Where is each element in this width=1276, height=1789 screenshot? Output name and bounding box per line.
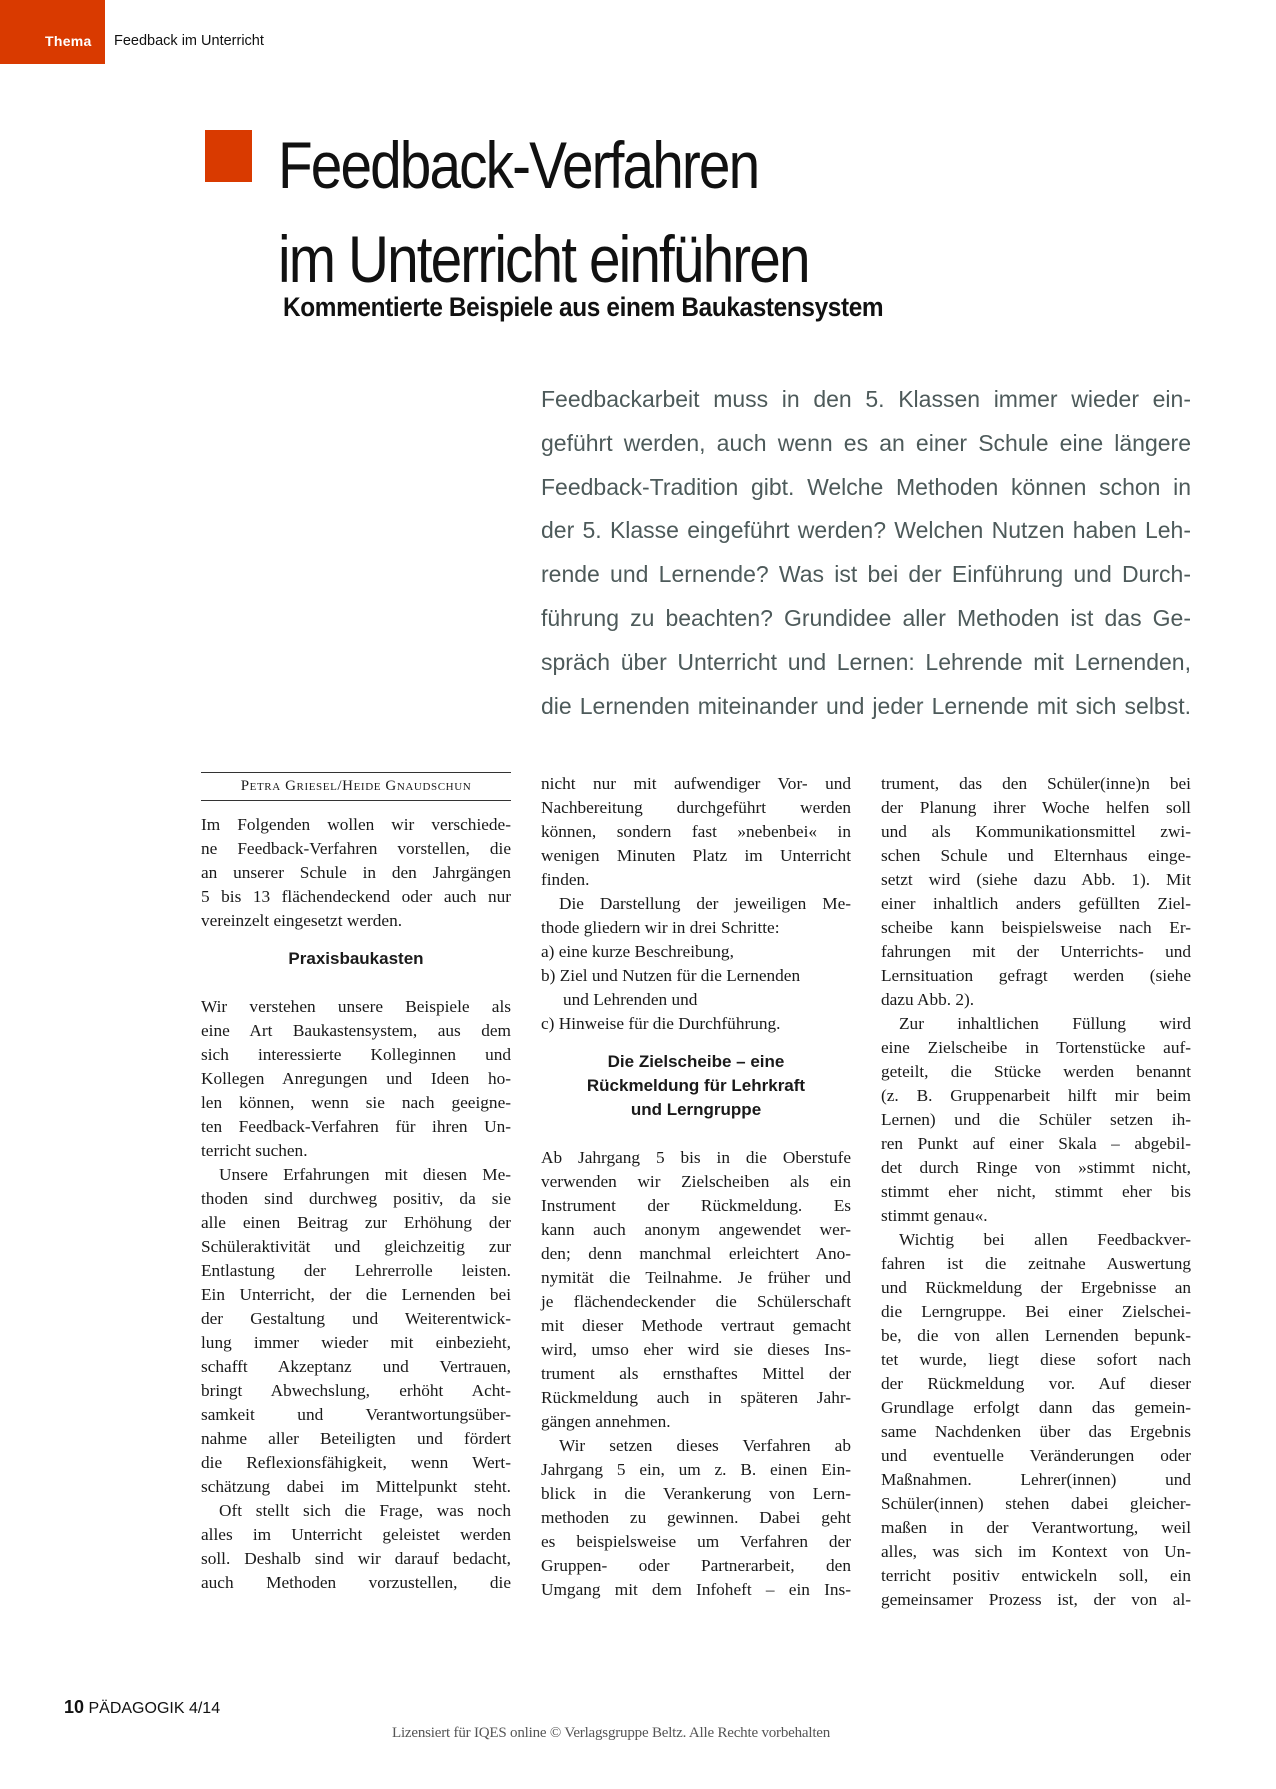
- text-line: Instrument der Rückmeldung. Es: [541, 1194, 851, 1218]
- list-item: b) Ziel und Nutzen für die Lernenden: [541, 964, 851, 988]
- text-line: verwenden wir Zielscheiben als ein: [541, 1170, 851, 1194]
- text-line: Im Folgenden wollen wir verschiede-: [201, 813, 511, 837]
- text-line: same Nachdenken über das Ergebnis: [881, 1420, 1191, 1444]
- text-line: finden.: [541, 868, 851, 892]
- text-line: gängen annehmen.: [541, 1410, 851, 1434]
- text-line: einer inhaltlich anders gefüllten Ziel-: [881, 892, 1191, 916]
- intro-paragraph: Im Folgenden wollen wir verschiede- ne F…: [201, 813, 511, 933]
- journal-issue: PÄDAGOGIK 4/14: [88, 1700, 220, 1717]
- text-line: Gruppen- oder Partnerarbeit, den: [541, 1554, 851, 1578]
- text-line: schen Schule und Elternhaus einge-: [881, 844, 1191, 868]
- text-line: gemeinsamer Prozess ist, der von al-: [881, 1588, 1191, 1612]
- text-line: nicht nur mit aufwendiger Vor- und: [541, 772, 851, 796]
- text-line: (z. B. Gruppenarbeit hilft mir beim: [881, 1084, 1191, 1108]
- text-line: alle einen Beitrag zur Erhöhung der: [201, 1211, 511, 1235]
- text-line: samkeit und Verantwortungsüber-: [201, 1403, 511, 1427]
- text-line: sich interessierte Kolleginnen und: [201, 1043, 511, 1067]
- section-label: Thema: [45, 33, 92, 49]
- text-line: blick in die Verankerung von Lern-: [541, 1482, 851, 1506]
- text-line: und als Kommunikationsmittel zwi-: [881, 820, 1191, 844]
- text-line: den; denn manchmal erleichtert Ano-: [541, 1242, 851, 1266]
- license-notice: Lizensiert für IQES online © Verlagsgrup…: [392, 1725, 830, 1742]
- text-line: der Rückmeldung vor. Auf dieser: [881, 1372, 1191, 1396]
- subheading-zielscheibe: Die Zielscheibe – eine Rückmeldung für L…: [541, 1050, 851, 1122]
- text-line: terricht positiv entwickeln soll, ein: [881, 1564, 1191, 1588]
- lead-line: der 5. Klasse eingeführt werden? Welchen…: [541, 509, 1191, 553]
- lead-line: rende und Lernende? Was ist bei der Einf…: [541, 553, 1191, 597]
- subheading-line: Die Zielscheibe – eine: [541, 1050, 851, 1074]
- text-line: Schüleraktivität und gleichzeitig zur: [201, 1235, 511, 1259]
- text-line: ren Punkt auf einer Skala – abgebil-: [881, 1132, 1191, 1156]
- text-line: terricht suchen.: [201, 1139, 511, 1163]
- text-line: schafft Akzeptanz und Vertrauen,: [201, 1355, 511, 1379]
- lead-line: führung zu beachten? Grundidee aller Met…: [541, 597, 1191, 641]
- lead-line: Feedback-Tradition gibt. Welche Methoden…: [541, 466, 1191, 510]
- text-line: der Planung ihrer Woche helfen soll: [881, 796, 1191, 820]
- text-line: Die Darstellung der jeweiligen Me-: [541, 892, 851, 916]
- text-line: Grundlage erfolgt dann das gemein-: [881, 1396, 1191, 1420]
- text-line: maßen in der Verantwortung, weil: [881, 1516, 1191, 1540]
- lead-line: spräch über Unterricht und Lernen: Lehre…: [541, 641, 1191, 685]
- text-line: ten Feedback-Verfahren für ihren Un-: [201, 1115, 511, 1139]
- page-subtitle: Kommentierte Beispiele aus einem Baukast…: [283, 292, 883, 323]
- body-paragraph: Wichtig bei allen Feedbackver- fahren is…: [881, 1228, 1191, 1612]
- body-column-3: trument, das den Schüler(inne)n bei der …: [881, 772, 1191, 1612]
- text-line: eine Art Baukastensystem, aus dem: [201, 1019, 511, 1043]
- body-paragraph: Oft stellt sich die Frage, was noch alle…: [201, 1499, 511, 1595]
- text-line: Kollegen Anregungen und Ideen ho-: [201, 1067, 511, 1091]
- text-line: es beispielsweise um Verfahren der: [541, 1530, 851, 1554]
- text-line: an unserer Schule in den Jahrgängen: [201, 861, 511, 885]
- text-line: schätzung dabei im Mittelpunkt steht.: [201, 1475, 511, 1499]
- text-line: Entlastung der Lehrerrolle leisten.: [201, 1259, 511, 1283]
- text-line: Wir setzen dieses Verfahren ab: [541, 1434, 851, 1458]
- subheading-line: Rückmeldung für Lehrkraft: [541, 1074, 851, 1098]
- text-line: dazu Abb. 2).: [881, 988, 1191, 1012]
- text-line: Lernen) und die Schüler setzen ih-: [881, 1108, 1191, 1132]
- text-line: je flächendeckender die Schülerschaft: [541, 1290, 851, 1314]
- section-title: Feedback im Unterricht: [114, 33, 264, 49]
- text-line: Nachbereitung durchgeführt werden: [541, 796, 851, 820]
- text-line: Rückmeldung auch in späteren Jahr-: [541, 1386, 851, 1410]
- body-paragraph: Ab Jahrgang 5 bis in die Oberstufe verwe…: [541, 1146, 851, 1434]
- text-line: und eventuelle Veränderungen oder: [881, 1444, 1191, 1468]
- text-line: eine Zielscheibe in Tortenstücke auf-: [881, 1036, 1191, 1060]
- lead-line: geführt werden, auch wenn es an einer Sc…: [541, 422, 1191, 466]
- body-paragraph: Wir setzen dieses Verfahren ab Jahrgang …: [541, 1434, 851, 1602]
- text-line: geteilt, die Stücke werden benannt: [881, 1060, 1191, 1084]
- steps-list: a) eine kurze Beschreibung, b) Ziel und …: [541, 940, 851, 1036]
- text-line: methoden zu gewinnen. Dabei geht: [541, 1506, 851, 1530]
- author-byline: Petra Griesel/Heide Gnaudschun: [201, 772, 511, 801]
- text-line: alles im Unterricht geleistet werden: [201, 1523, 511, 1547]
- body-paragraph: trument, das den Schüler(inne)n bei der …: [881, 772, 1191, 1012]
- text-line: Oft stellt sich die Frage, was noch: [201, 1499, 511, 1523]
- text-line: Wichtig bei allen Feedbackver-: [881, 1228, 1191, 1252]
- body-column-2: nicht nur mit aufwendiger Vor- und Nachb…: [541, 772, 851, 1602]
- text-line: Lernsituation gefragt werden (siehe: [881, 964, 1191, 988]
- text-line: Zur inhaltlichen Füllung wird: [881, 1012, 1191, 1036]
- text-line: ne Feedback-Verfahren vorstellen, die: [201, 837, 511, 861]
- text-line: setzt wird (siehe dazu Abb. 1). Mit: [881, 868, 1191, 892]
- text-line: scheibe kann beispielsweise nach Er-: [881, 916, 1191, 940]
- list-item: c) Hinweise für die Durchführung.: [541, 1012, 851, 1036]
- text-line: tet wurde, liegt diese sofort nach: [881, 1348, 1191, 1372]
- lead-line: die Lernenden miteinander und jeder Lern…: [541, 685, 1191, 729]
- text-line: vereinzelt eingesetzt werden.: [201, 909, 511, 933]
- text-line: Umgang mit dem Infoheft – ein Ins-: [541, 1578, 851, 1602]
- body-paragraph: Die Darstellung der jeweiligen Me- thode…: [541, 892, 851, 940]
- text-line: wenigen Minuten Platz im Unterricht: [541, 844, 851, 868]
- text-line: det durch Ringe von »stimmt nicht,: [881, 1156, 1191, 1180]
- text-line: thoden sind durchweg positiv, da sie: [201, 1187, 511, 1211]
- text-line: fahrungen mit der Unterrichts- und: [881, 940, 1191, 964]
- title-line-1: Feedback-Verfahren: [278, 118, 809, 212]
- text-line: thode gliedern wir in drei Schritte:: [541, 916, 851, 940]
- subheading-line: und Lerngruppe: [541, 1098, 851, 1122]
- body-paragraph: Zur inhaltlichen Füllung wird eine Ziels…: [881, 1012, 1191, 1228]
- text-line: mit dieser Methode vertraut gemacht: [541, 1314, 851, 1338]
- text-line: Ein Unterricht, der die Lernenden bei: [201, 1283, 511, 1307]
- body-paragraph: Wir verstehen unsere Beispiele als eine …: [201, 995, 511, 1163]
- body-paragraph: nicht nur mit aufwendiger Vor- und Nachb…: [541, 772, 851, 892]
- text-line: die Lerngruppe. Bei einer Zielschei-: [881, 1300, 1191, 1324]
- list-item: und Lehrenden und: [541, 988, 851, 1012]
- lead-line: Feedbackarbeit muss in den 5. Klassen im…: [541, 378, 1191, 422]
- list-item: a) eine kurze Beschreibung,: [541, 940, 851, 964]
- text-line: Wir verstehen unsere Beispiele als: [201, 995, 511, 1019]
- text-line: auch Methoden vorzustellen, die: [201, 1571, 511, 1595]
- text-line: trument als ernsthaftes Mittel der: [541, 1362, 851, 1386]
- text-line: alles, was sich im Kontext von Un-: [881, 1540, 1191, 1564]
- subheading-praxisbaukasten: Praxisbaukasten: [201, 947, 511, 971]
- text-line: und Rückmeldung der Ergebnisse an: [881, 1276, 1191, 1300]
- text-line: nymität die Teilnahme. Je früher und: [541, 1266, 851, 1290]
- body-column-1: Petra Griesel/Heide Gnaudschun Im Folgen…: [201, 772, 511, 1595]
- text-line: Jahrgang 5 ein, um z. B. einen Ein-: [541, 1458, 851, 1482]
- text-line: stimmt genau«.: [881, 1204, 1191, 1228]
- page-number: 10: [64, 1697, 84, 1717]
- text-line: der Gestaltung und Weiterentwick-: [201, 1307, 511, 1331]
- title-square-icon: [205, 130, 252, 182]
- text-line: Ab Jahrgang 5 bis in die Oberstufe: [541, 1146, 851, 1170]
- text-line: können, sondern fast »nebenbei« in: [541, 820, 851, 844]
- text-line: len können, wenn sie nach geeigne-: [201, 1091, 511, 1115]
- lead-paragraph: Feedbackarbeit muss in den 5. Klassen im…: [541, 378, 1191, 728]
- text-line: be, die von allen Lernenden bepunk-: [881, 1324, 1191, 1348]
- text-line: nahme aller Beteiligten und fördert: [201, 1427, 511, 1451]
- text-line: Unsere Erfahrungen mit diesen Me-: [201, 1163, 511, 1187]
- text-line: wird, umso eher wird sie dieses Ins-: [541, 1338, 851, 1362]
- body-paragraph: Unsere Erfahrungen mit diesen Me- thoden…: [201, 1163, 511, 1499]
- page-footer: 10 PÄDAGOGIK 4/14: [64, 1697, 220, 1718]
- section-tab: [0, 0, 105, 64]
- text-line: soll. Deshalb sind wir darauf bedacht,: [201, 1547, 511, 1571]
- text-line: 5 bis 13 flächendeckend oder auch nur: [201, 885, 511, 909]
- text-line: stimmt eher nicht, stimmt eher bis: [881, 1180, 1191, 1204]
- text-line: die Reflexionsfähigkeit, wenn Wert-: [201, 1451, 511, 1475]
- text-line: Maßnahmen. Lehrer(innen) und: [881, 1468, 1191, 1492]
- text-line: trument, das den Schüler(inne)n bei: [881, 772, 1191, 796]
- text-line: Schüler(innen) stehen dabei gleicher-: [881, 1492, 1191, 1516]
- text-line: fahren ist die zeitnahe Auswertung: [881, 1252, 1191, 1276]
- page-title: Feedback-Verfahren im Unterricht einführ…: [278, 118, 809, 306]
- text-line: bringt Abwechslung, erhöht Acht-: [201, 1379, 511, 1403]
- text-line: lung immer wieder mit einbezieht,: [201, 1331, 511, 1355]
- text-line: kann auch anonym angewendet wer-: [541, 1218, 851, 1242]
